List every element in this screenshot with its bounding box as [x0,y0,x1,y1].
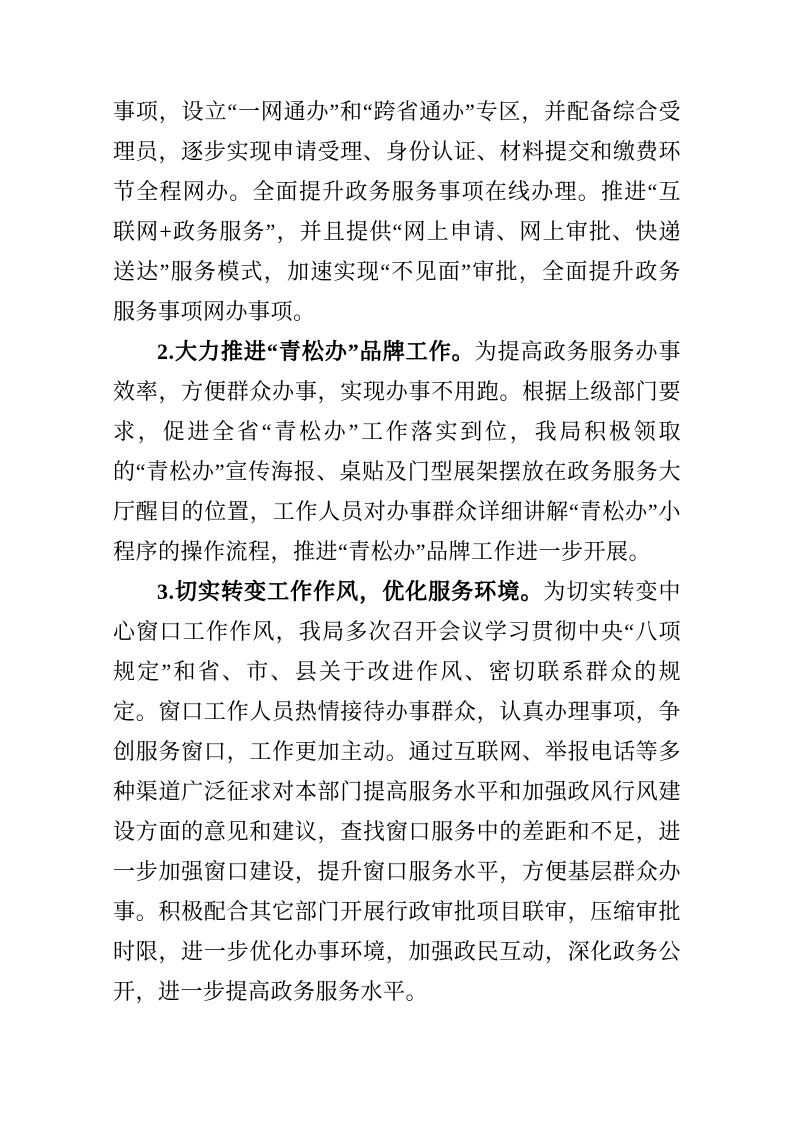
paragraph-continuation: 事项，设立“一网通办”和“跨省通办”专区，并配备综合受理员，逐步实现申请受理、身… [113,92,681,332]
paragraph-continuation-text: 事项，设立“一网通办”和“跨省通办”专区，并配备综合受理员，逐步实现申请受理、身… [113,99,681,324]
paragraph-item-3-heading: 3.切实转变工作作风，优化服务环境。 [157,579,543,604]
paragraph-item-2-heading: 2.大力推进“青松办”品牌工作。 [157,339,475,364]
document-page: 事项，设立“一网通办”和“跨省通办”专区，并配备综合受理员，逐步实现申请受理、身… [0,0,793,1122]
paragraph-item-3: 3.切实转变工作作风，优化服务环境。为切实转变中心窗口工作作风，我局多次召开会议… [113,572,681,1012]
paragraph-item-2-text: 为提高政务服务办事效率，方便群众办事，实现办事不用跑。根据上级部门要求，促进全省… [113,339,681,564]
paragraph-item-3-text: 为切实转变中心窗口工作作风，我局多次召开会议学习贯彻中央“八项规定”和省、市、县… [113,579,681,1004]
paragraph-item-2: 2.大力推进“青松办”品牌工作。为提高政务服务办事效率，方便群众办事，实现办事不… [113,332,681,572]
